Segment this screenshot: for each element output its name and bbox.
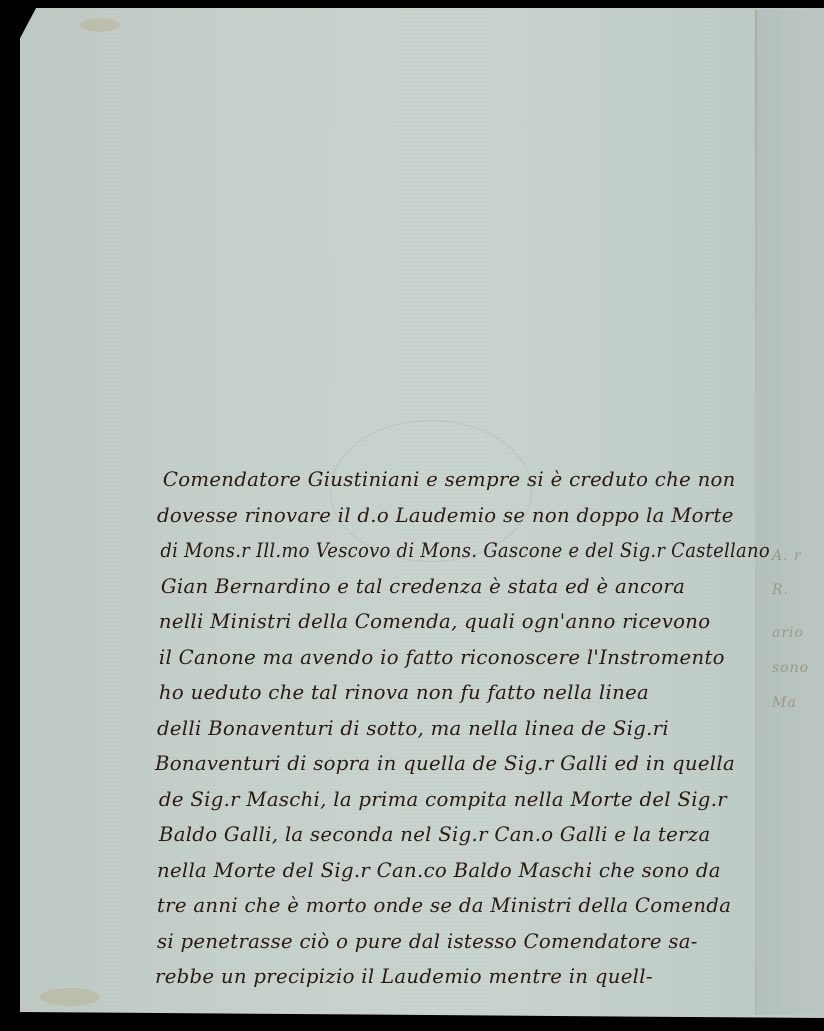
manuscript-line: Gian Bernardino e tal credenza è stata e… [155,569,770,605]
manuscript-line: de Sig.r Maschi, la prima compita nella … [155,782,770,818]
foxing-stain [40,988,100,1006]
handwritten-text-block: Comendatore Giustiniani e sempre si è cr… [155,462,780,995]
manuscript-line: di Mons.r Ill.mo Vescovo di Mons. Gascon… [155,533,716,569]
manuscript-line: Comendatore Giustiniani e sempre si è cr… [155,462,770,498]
manuscript-line: Bonaventuri di sopra in quella de Sig.r … [155,746,770,782]
manuscript-line: ho ueduto che tal rinova non fu fatto ne… [155,675,770,711]
manuscript-scan: A. r R. ario sono Ma Comendatore Giustin… [0,0,824,1031]
manuscript-line: rebbe un precipizio il Laudemio mentre i… [155,959,770,995]
manuscript-line: delli Bonaventuri di sotto, ma nella lin… [155,711,770,747]
manuscript-line: tre anni che è morto onde se da Ministri… [155,888,770,924]
foxing-stain [80,18,120,32]
manuscript-line: Baldo Galli, la seconda nel Sig.r Can.o … [155,817,770,853]
manuscript-line: si penetrasse ciò o pure dal istesso Com… [155,924,770,960]
manuscript-line: nelli Ministri della Comenda, quali ogn'… [155,604,770,640]
manuscript-line: nella Morte del Sig.r Can.co Baldo Masch… [155,853,770,889]
manuscript-line: il Canone ma avendo io fatto riconoscere… [155,640,770,676]
manuscript-line: dovesse rinovare il d.o Laudemio se non … [155,498,770,534]
